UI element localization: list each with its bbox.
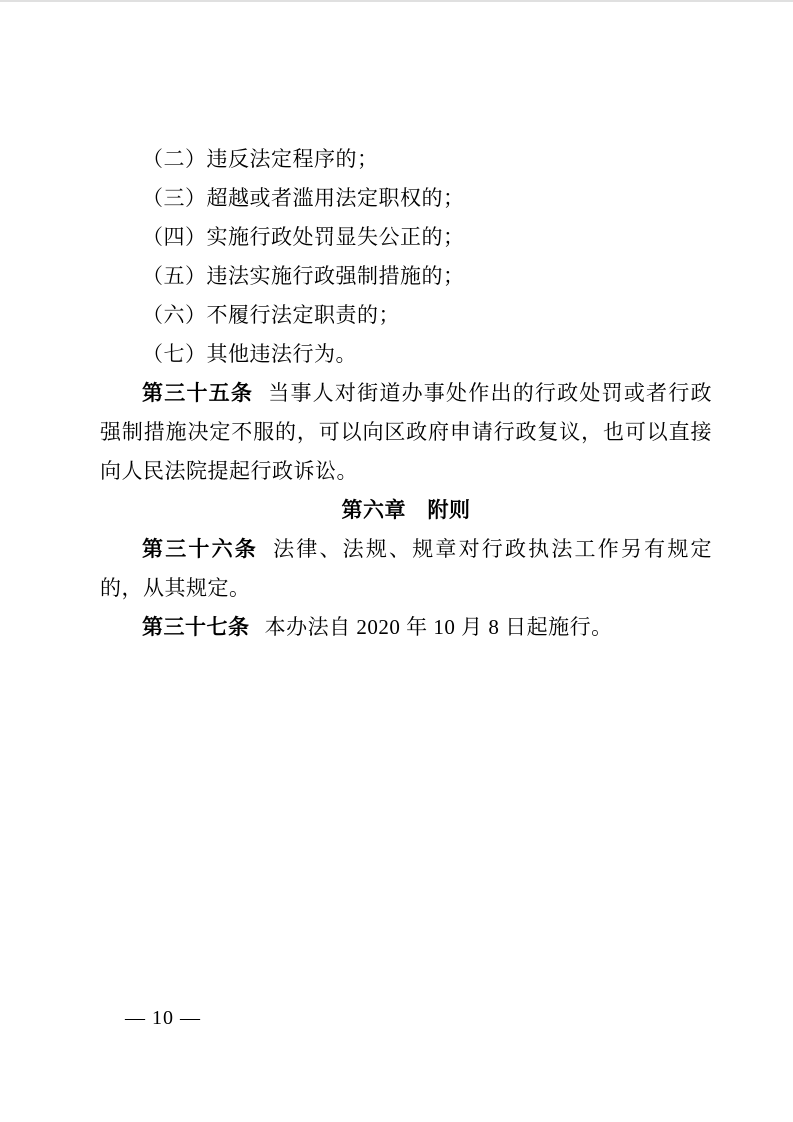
list-item-6: （六）不履行法定职责的；	[100, 296, 712, 335]
list-item-7: （七）其他违法行为。	[100, 335, 712, 374]
article-36-number: 第三十六条	[142, 538, 258, 561]
list-item-5: （五）违法实施行政强制措施的；	[100, 257, 712, 296]
article-37-text: 本办法自 2020 年 10 月 8 日起施行。	[265, 615, 613, 639]
article-37-number: 第三十七条	[142, 616, 250, 639]
article-35-paragraph: 第三十五条当事人对街道办事处作出的行政处罚或者行政强制措施决定不服的，可以向区政…	[100, 374, 712, 491]
page-number: — 10 —	[125, 1005, 201, 1031]
list-item-4: （四）实施行政处罚显失公正的；	[100, 218, 712, 257]
list-item-3: （三）超越或者滥用法定职权的；	[100, 179, 712, 218]
article-35-number: 第三十五条	[142, 382, 253, 405]
list-item-2: （二）违反法定程序的；	[100, 140, 712, 179]
document-page: （二）违反法定程序的； （三）超越或者滥用法定职权的； （四）实施行政处罚显失公…	[0, 0, 793, 1122]
article-36-paragraph: 第三十六条法律、法规、规章对行政执法工作另有规定的，从其规定。	[100, 530, 712, 608]
scan-edge-artifact	[0, 0, 793, 2]
article-37-paragraph: 第三十七条本办法自 2020 年 10 月 8 日起施行。	[100, 608, 712, 647]
chapter-heading: 第六章 附则	[100, 491, 712, 530]
document-body: （二）违反法定程序的； （三）超越或者滥用法定职权的； （四）实施行政处罚显失公…	[100, 140, 712, 647]
